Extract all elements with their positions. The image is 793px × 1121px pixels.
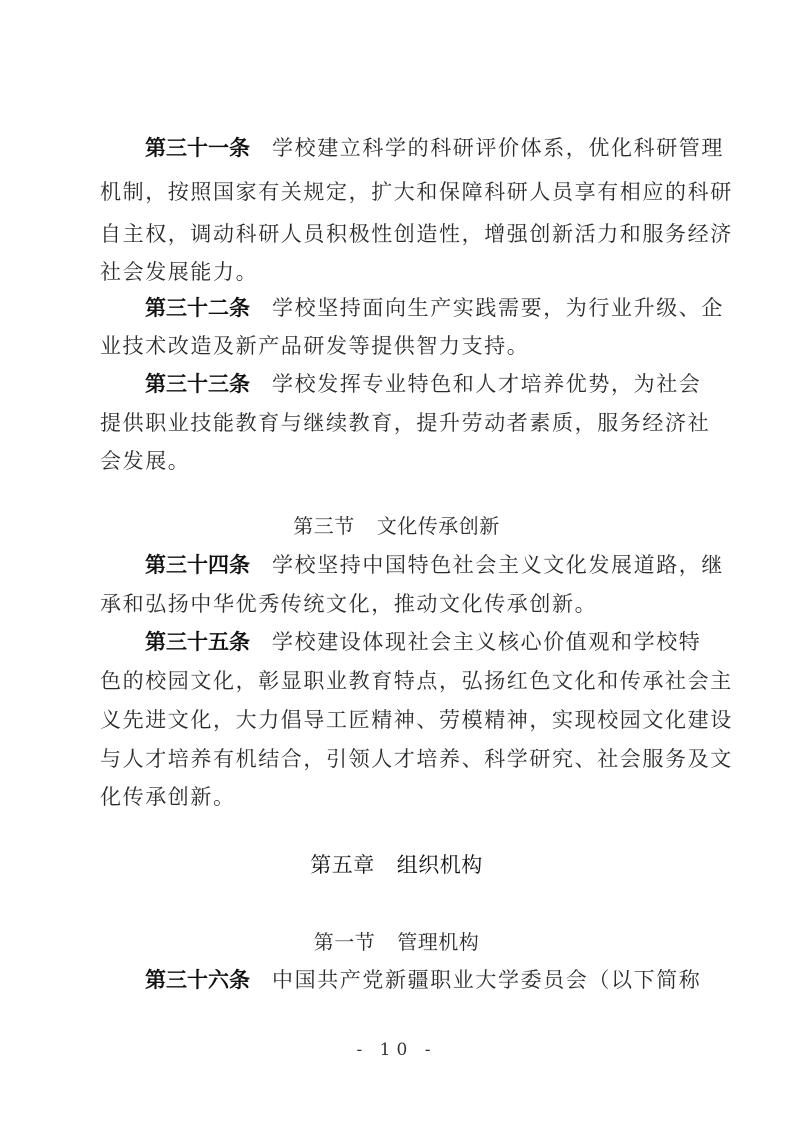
article-33-line-1: 第三十三条学校发挥专业特色和人才培养优势，为社会	[145, 370, 745, 398]
article-number: 第三十六条	[145, 968, 250, 992]
document-page: 第三十一条学校建立科学的科研评价体系，优化科研管理 机制，按照国家有关规定，扩大…	[0, 0, 793, 1121]
article-35-line-3: 义先进文化，大力倡导工匠精神、劳模精神，实现校园文化建设	[100, 706, 700, 734]
article-32-line-2: 业技术改造及新产品研发等提供智力支持。	[100, 332, 700, 360]
article-31-line-1: 第三十一条学校建立科学的科研评价体系，优化科研管理	[145, 134, 745, 162]
article-35-line-5: 化传承创新。	[100, 783, 700, 811]
article-number: 第三十五条	[145, 630, 250, 654]
article-36-line-1: 第三十六条中国共产党新疆职业大学委员会（以下简称	[145, 966, 745, 994]
article-31-line-4: 社会发展能力。	[100, 258, 700, 286]
article-number: 第三十三条	[145, 372, 250, 396]
section-heading: 第一节管理机构	[0, 928, 793, 956]
article-33-line-2: 提供职业技能教育与继续教育，提升劳动者素质，服务经济社	[100, 409, 700, 437]
article-number: 第三十二条	[145, 296, 250, 320]
page-number: - 10 -	[0, 1040, 793, 1060]
article-35-line-4: 与人才培养有机结合，引领人才培养、科学研究、社会服务及文	[100, 745, 700, 773]
chapter-heading: 第五章组织机构	[0, 851, 793, 879]
article-31-line-2: 机制，按照国家有关规定，扩大和保障科研人员享有相应的科研	[100, 178, 700, 206]
article-32-line-1: 第三十二条学校坚持面向生产实践需要，为行业升级、企	[145, 294, 745, 322]
article-number: 第三十一条	[145, 136, 250, 160]
article-33-line-3: 会发展。	[100, 447, 700, 475]
article-35-line-1: 第三十五条学校建设体现社会主义核心价值观和学校特	[145, 628, 745, 656]
article-34-line-1: 第三十四条学校坚持中国特色社会主义文化发展道路，继	[145, 551, 745, 579]
article-34-line-2: 承和弘扬中华优秀传统文化，推动文化传承创新。	[100, 590, 700, 618]
article-number: 第三十四条	[145, 553, 250, 577]
article-35-line-2: 色的校园文化，彰显职业教育特点，弘扬红色文化和传承社会主	[100, 667, 700, 695]
section-heading: 第三节文化传承创新	[0, 512, 793, 540]
article-31-line-3: 自主权，调动科研人员积极性创造性，增强创新活力和服务经济	[100, 220, 700, 248]
